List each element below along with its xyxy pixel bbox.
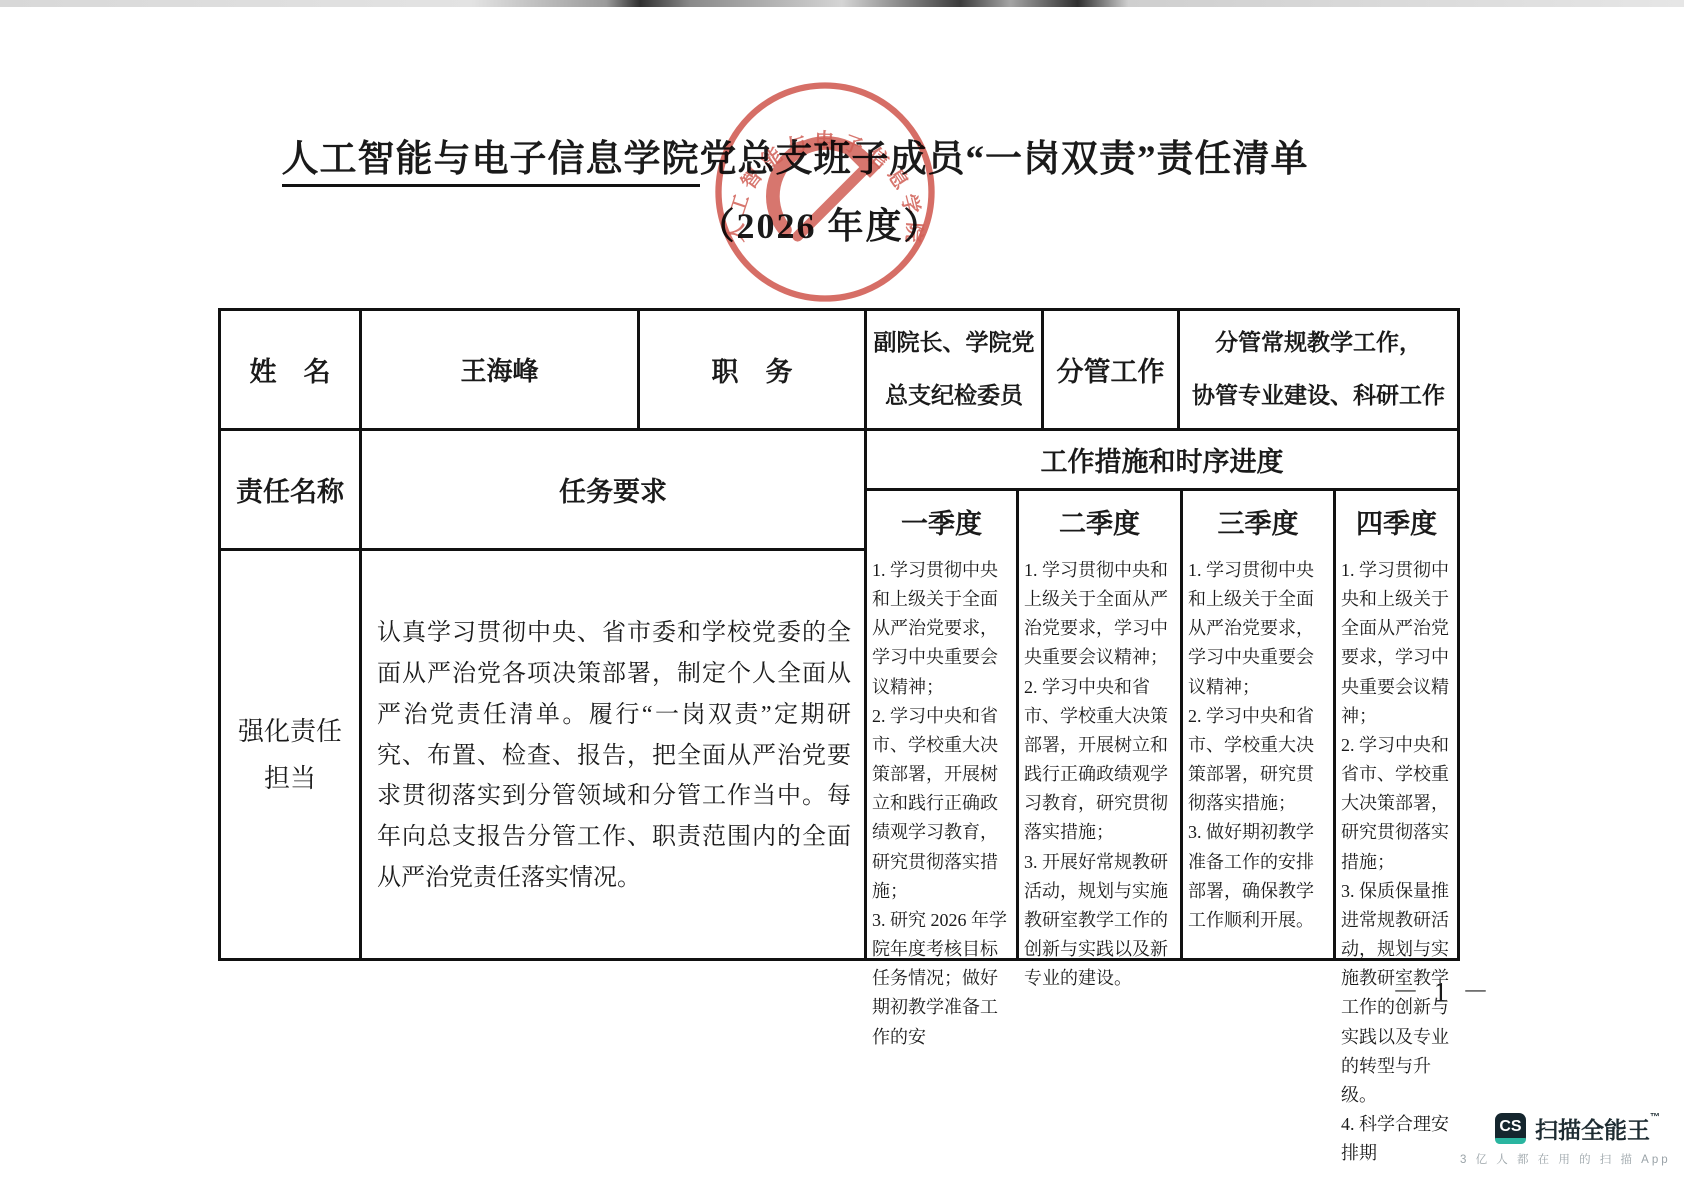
quarter-headers: 一季度 二季度 三季度 四季度: [867, 491, 1457, 551]
responsibility-name-cell: 强化责任担当: [221, 551, 362, 961]
task-requirement-cell: 认真学习贯彻中央、省市委和学校党委的全面从严治党各项决策部署，制定个人全面从严治…: [362, 551, 867, 961]
name-label: 姓 名: [221, 311, 362, 431]
scan-artifact-strip: [0, 0, 1684, 7]
camscanner-tagline: 3 亿 人 都 在 用 的 扫 描 App: [1460, 1151, 1660, 1167]
quarter-4-header: 四季度: [1336, 491, 1457, 551]
quarter-3-header: 三季度: [1183, 491, 1336, 551]
camscanner-watermark: CS 扫描全能王™ 3 亿 人 都 在 用 的 扫 描 App: [1460, 1112, 1660, 1167]
quarter-1-measures-cell: 1. 学习贯彻中央和上级关于全面从严治党要求，学习中央重要会议精神； 2. 学习…: [867, 551, 1019, 961]
camscanner-logo-swoosh: [1495, 1138, 1526, 1144]
red-seal-stamp: 人工智能与电子信息学院党总支部委员会: [703, 76, 947, 308]
name-value: 王海峰: [362, 311, 640, 431]
camscanner-brand-text: 扫描全能王: [1535, 1117, 1650, 1143]
measures-schedule-header: 工作措施和时序进度: [867, 431, 1457, 491]
camscanner-logo-text: CS: [1499, 1118, 1521, 1136]
camscanner-tm: ™: [1650, 1112, 1660, 1123]
measures-header-group: 工作措施和时序进度 一季度 二季度 三季度 四季度: [867, 431, 1457, 551]
responsibility-name-header: 责任名称: [221, 431, 362, 551]
quarter-2-header: 二季度: [1019, 491, 1183, 551]
task-requirement-header: 任务要求: [362, 431, 867, 551]
job-title-label: 职 务: [640, 311, 867, 431]
quarter-4-measures-cell: 1. 学习贯彻中央和上级关于全面从严治党要求，学习中央重要会议精神； 2. 学习…: [1336, 551, 1457, 961]
job-title-value: 副院长、学院党 总支纪检委员: [867, 311, 1044, 431]
seal-ring: [718, 85, 931, 298]
page-title-underlined-part: 人工智能与电子信息学院: [282, 139, 700, 187]
duty-value: 分管常规教学工作， 协管专业建设、科研工作: [1180, 311, 1457, 431]
quarter-1-header: 一季度: [867, 491, 1019, 551]
page-title: 人工智能与电子信息学院党总支班子成员“一岗双责”责任清单: [0, 128, 1590, 182]
duty-label: 分管工作: [1044, 311, 1180, 431]
quarter-3-measures-cell: 1. 学习贯彻中央和上级关于全面从严治党要求，学习中央重要会议精神； 2. 学习…: [1183, 551, 1336, 961]
page-subtitle-year: （2026 年度）: [0, 198, 1640, 249]
info-row: 姓 名 王海峰 职 务 副院长、学院党 总支纪检委员 分管工作 分管常规教学工作…: [221, 311, 1457, 431]
table-row: 强化责任担当 认真学习贯彻中央、省市委和学校党委的全面从严治党各项决策部署，制定…: [221, 551, 1457, 961]
camscanner-logo-icon: CS: [1495, 1113, 1526, 1144]
camscanner-brand: 扫描全能王™: [1535, 1112, 1660, 1145]
quarter-2-measures-cell: 1. 学习贯彻中央和上级关于全面从严治党要求，学习中央重要会议精神； 2. 学习…: [1019, 551, 1183, 961]
page-number: － 1 －: [1392, 970, 1493, 1009]
page-title-rest: 党总支班子成员“一岗双责”责任清单: [700, 139, 1309, 180]
responsibility-table: 姓 名 王海峰 职 务 副院长、学院党 总支纪检委员 分管工作 分管常规教学工作…: [218, 308, 1460, 961]
header-row: 责任名称 任务要求 工作措施和时序进度 一季度 二季度 三季度 四季度: [221, 431, 1457, 551]
